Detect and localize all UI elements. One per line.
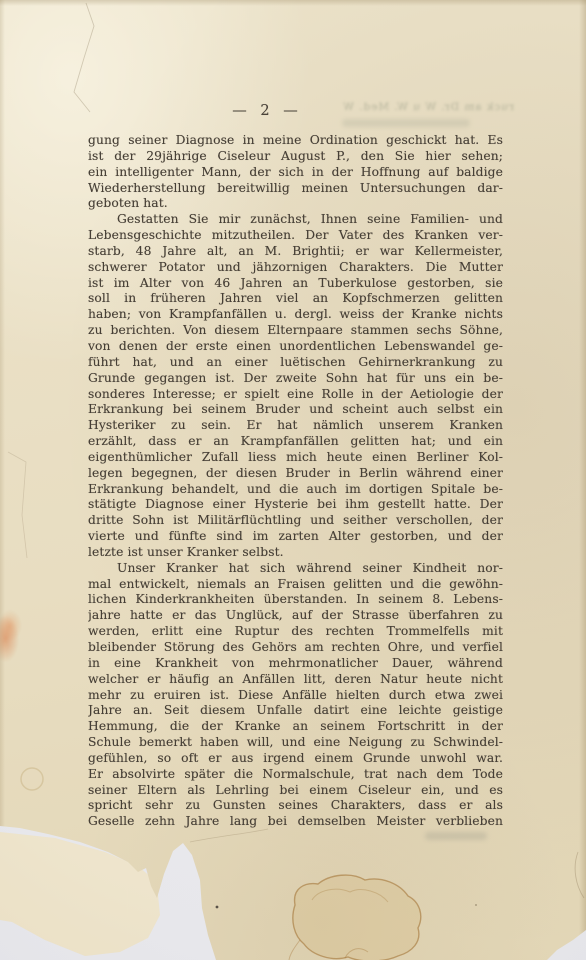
text-line: seiner Eltern als Lehrling bei einem Cis… (88, 783, 503, 799)
page-edge-shadow-left (0, 0, 5, 960)
faint-mark-smudge (425, 832, 487, 840)
text-line: soll in früheren Jahren viel an Kopfschm… (88, 291, 503, 307)
text-line: legen begegnen, der diesen Bruder in Ber… (88, 466, 503, 482)
text-line: gung seiner Diagnose in meine Ordination… (88, 133, 503, 149)
text-line: vierte und fünfte sind im zarten Alter g… (88, 529, 503, 545)
text-line: Schule bemerkt haben will, und eine Neig… (88, 735, 503, 751)
water-stain (293, 875, 421, 960)
text-line: letzte ist unser Kranker selbst. (88, 545, 503, 561)
text-line: dritte Sohn ist Militärflüchtling und se… (88, 513, 503, 529)
text-line: erzählt, dass er an Krampfanfällen gelit… (88, 434, 503, 450)
text-line: lichen Kinderkrankheiten überstanden. In… (88, 592, 503, 608)
orange-stain (0, 610, 22, 662)
ink-speck (475, 904, 477, 906)
text-line: Unser Kranker hat sich während seiner Ki… (88, 561, 503, 577)
text-line: welcher er häufig an Anfällen litt, dere… (88, 672, 503, 688)
text-line: zu berichten. Von diesem Elternpaare sta… (88, 323, 503, 339)
text-line: Wiederherstellung bereitwillig meinen Un… (88, 181, 503, 197)
crease-bottom (190, 829, 268, 842)
text-line: eigenthümlicher Zufall liess mich heute … (88, 450, 503, 466)
text-line: ist im Alter von 46 Jahren an Tuberkulos… (88, 276, 503, 292)
body-text: gung seiner Diagnose in meine Ordination… (88, 133, 503, 830)
paper-sheet: ruck am Dr. W u W. Med. W — 2 — gung sei… (0, 0, 586, 960)
text-line: Erkrankung bei seinem Bruder und scheint… (88, 402, 503, 418)
text-line: von denen der erste einen unordentlichen… (88, 339, 503, 355)
text-line: führt hat, und an einer luëtischen Gehir… (88, 355, 503, 371)
ink-speck (216, 906, 219, 909)
scanned-page: ruck am Dr. W u W. Med. W — 2 — gung sei… (0, 0, 586, 960)
text-line: stätigte Diagnose einer Hysterie bei ihm… (88, 497, 503, 513)
water-stain-tail (289, 940, 368, 960)
text-line: Grunde gegangen ist. Der zweite Sohn hat… (88, 371, 503, 387)
text-line: Gestatten Sie mir zunächst, Ihnen seine … (88, 212, 503, 228)
text-line: Erkrankung behandelt, und die auch im do… (88, 482, 503, 498)
water-stain-inner (312, 889, 388, 902)
text-line: mehr zu eruiren ist. Diese Anfälle hielt… (88, 688, 503, 704)
crease-mid-left (8, 452, 27, 558)
text-line: Geselle zehn Jahre lang bei demselben Me… (88, 814, 503, 830)
text-line: starb, 48 Jahre alt, an M. Brightii; er … (88, 244, 503, 260)
text-line: Er absolvirte später die Normalschule, t… (88, 767, 503, 783)
text-line: haben; von Krampfanfällen u. dergl. weis… (88, 307, 503, 323)
text-line: werden, erlitt eine Ruptur des rechten T… (88, 624, 503, 640)
page-edge-shadow-top (0, 0, 586, 6)
ring-stain (21, 768, 43, 790)
text-line: sonderes Interesse; er spielt eine Rolle… (88, 387, 503, 403)
ink-bleedthrough-smudge (342, 119, 470, 127)
text-line: mal entwickelt, niemals an Fraisen gelit… (88, 577, 503, 593)
text-line: schwerer Potator und jähzornigen Charakt… (88, 260, 503, 276)
text-line: Jahre an. Seit diesem Unfalle datirt ein… (88, 703, 503, 719)
text-line: spricht sehr zu Gunsten seines Charakter… (88, 798, 503, 814)
text-line: bleibender Störung des Gehörs am rechten… (88, 640, 503, 656)
text-line: gefühlen, so oft er aus irgend einem Gru… (88, 751, 503, 767)
ink-bleedthrough-text: ruck am Dr. W u W. Med. W (296, 101, 514, 116)
page-edge-shadow-right (579, 0, 586, 960)
text-line: Lebensgeschichte mitzutheilen. Der Vater… (88, 228, 503, 244)
text-line: ein intelligenter Mann, der sich in der … (88, 165, 503, 181)
page-number: — 2 — (205, 103, 325, 119)
text-line: Hemmung, die der Kranke an seinem Fortsc… (88, 719, 503, 735)
crease-top-left (74, 3, 94, 112)
text-line: Hysteriker zu sein. Er hat nämlich unser… (88, 418, 503, 434)
text-line: jahre hatte er das Unglück, auf der Stra… (88, 608, 503, 624)
text-line: ist der 29jährige Ciseleur August P., de… (88, 149, 503, 165)
text-line: in eine Krankheit von mehrmonatlicher Da… (88, 656, 503, 672)
text-line: geboten hat. (88, 196, 503, 212)
